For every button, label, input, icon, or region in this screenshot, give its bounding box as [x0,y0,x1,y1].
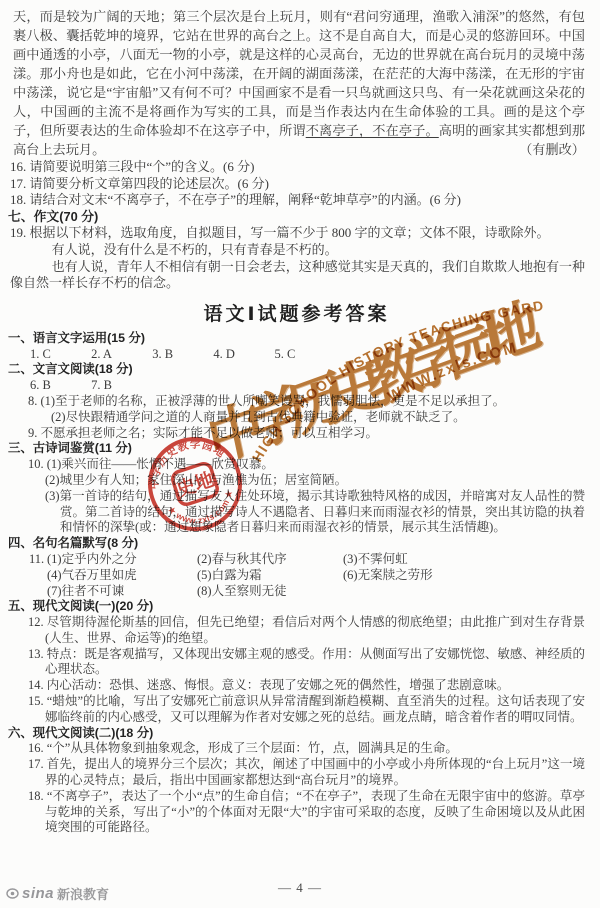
answer-16: 16. “个”从具体物象到抽象观念，形成了三个层面：竹，点，圆满具足的生命。 [8,741,585,757]
answer-11-1: (1)定乎内外之分 [47,552,197,568]
section-1-heading: 一、语言文字运用(15 分) [8,331,585,347]
mc-answer-5: 5. C [275,347,333,363]
answer-11-row-1: 11. (1)定乎内外之分 (2)春与秋其代序 (3)不霁何虹 [8,552,585,568]
page-content: 天，而是较为广阔的天地；第三个层次是台上玩月，则有“君问穷通理，渔歌入浦深”的悠… [8,7,585,836]
answer-11-7: (7)往者不可谏 [47,584,197,600]
answer-10-1: 10. (1)乘兴而往——怅惘不遇——欣赏叹慕。 [8,457,585,473]
answer-11-6: (6)无案牍之劳形 [343,568,585,584]
answer-14: 14. 内心活动：恐惧、迷惑、悔恨。意义：表现了安娜之死的偶然性，增强了悲剧意味… [8,678,585,694]
mc-answer-4: 4. D [213,347,271,363]
answer-11-4: (4)气吞万里如虎 [47,568,197,584]
answer-11-5: (5)白露为霜 [197,568,343,584]
answer-17: 17. 首先，提出人的境界分三个层次；其次，阐述了中国画中的小亭或小舟所体现的“… [8,757,585,789]
answer-11-row-2: (4)气吞万里如虎 (5)白露为霜 (6)无案牍之劳形 [8,568,585,584]
answer-8-2: (2)尽快跟精通学问之道的人商量并且到古代典籍中验证，老师就不缺乏了。 [8,410,585,426]
essay-material-2: 也有人说，青年人不相信有朝一日会老去，这种感觉其实是天真的，我们自欺欺人地抱有一… [8,259,585,292]
underlined-phrase: 不离亭子，不在亭子。 [306,123,439,138]
reading-passage-paragraph: 天，而是较为广阔的天地；第三个层次是台上玩月，则有“君问穷通理，渔歌入浦深”的悠… [8,7,585,159]
answer-11-2: (2)春与秋其代序 [197,552,343,568]
passage-text: 天，而是较为广阔的天地；第三个层次是台上玩月，则有“君问穷通理，渔歌入浦深”的悠… [13,9,585,138]
question-18: 18. 请结合对文末“不离亭子，不在亭子”的理解，阐释“乾坤草亭”的内涵。(6 … [8,192,585,209]
sina-eye-icon [6,888,19,899]
answer-11-3: (3)不霁何虹 [343,552,585,568]
sina-brand-name: 新浪教育 [57,884,109,903]
answer-8-1: 8. (1)至于老师的名称，正被浮薄的世人所嘲笑谩骂，我懦弱胆怯，更是不足以承担… [8,394,585,410]
answer-10-2: (2)城里少有人知；家住深山；与渔樵为伍；居室简陋。 [8,473,585,489]
section-heading-essay: 七、作文(70 分) [8,209,585,226]
mc-answer-2: 2. A [91,347,149,363]
section-3-heading: 三、古诗词鉴赏(11 分) [8,441,585,457]
answer-11-row-3: (7)往者不可谏 (8)人至察则无徒 [8,584,585,600]
mc-answer-7: 7. B [91,378,149,394]
answer-11-number: 11. [29,552,44,568]
section-6-heading: 六、现代文阅读(二)(18 分) [8,726,585,742]
answer-10-3: (3)第一首诗的结句，通过描写友人住处环境，揭示其诗歌独特风格的成因，并暗寓对友… [8,489,585,536]
sina-education-logo: sina 新浪教育 [6,884,109,903]
edit-note: （有删改） [519,140,585,159]
sina-wordmark: sina [22,885,54,902]
mc-answers-6-7: 6. B 7. B [8,378,585,394]
answer-key-title: 语文Ⅰ试题参考答案 [8,299,585,326]
answer-12: 12. 尽管期待渥伦斯基的回信，但先已绝望；看信后对两个人情感的彻底绝望；由此推… [8,615,585,647]
mc-answers-1-5: 1. C 2. A 3. B 4. D 5. C [8,347,585,363]
section-5-heading: 五、现代文阅读(一)(20 分) [8,599,585,615]
answer-15: 15. “蜡烛”的比喻，写出了安娜死亡前意识从异常清醒到渐趋模糊、直至消失的过程… [8,694,585,726]
answer-13: 13. 特点：既是客观描写，又体现出安娜主观的感受。作用：从侧面写出了安娜恍惚、… [8,647,585,679]
section-2-heading: 二、文言文阅读(18 分) [8,362,585,378]
answer-11-8: (8)人至察则无徒 [197,584,343,600]
answer-9: 9. 不愿承担老师之名；实际才能不足以做老师；可以互相学习。 [8,426,585,442]
section-4-heading: 四、名句名篇默写(8 分) [8,536,585,552]
mc-answer-3: 3. B [152,347,210,363]
scanned-exam-answer-page: 天，而是较为广阔的天地；第三个层次是台上玩月，则有“君问穷通理，渔歌入浦深”的悠… [0,0,600,908]
mc-answer-6: 6. B [30,378,88,394]
essay-material-1: 有人说，没有什么是不朽的，只有青春是不朽的。 [8,242,585,259]
mc-answer-1: 1. C [30,347,88,363]
question-17: 17. 请简要分析文章第四段的论述层次。(6 分) [8,176,585,193]
question-19: 19. 根据以下材料，选取角度，自拟题目，写一篇不少于 800 字的文章；文体不… [8,225,585,242]
answer-area: 一、语言文字运用(15 分) 1. C 2. A 3. B 4. D 5. C … [8,331,585,837]
answer-18: 18. “不离亭子”，表达了一个小“点”的生命自信；“不在亭子”，表现了生命在无… [8,789,585,836]
question-16: 16. 请简要说明第三段中“个”的含义。(6 分) [8,159,585,176]
